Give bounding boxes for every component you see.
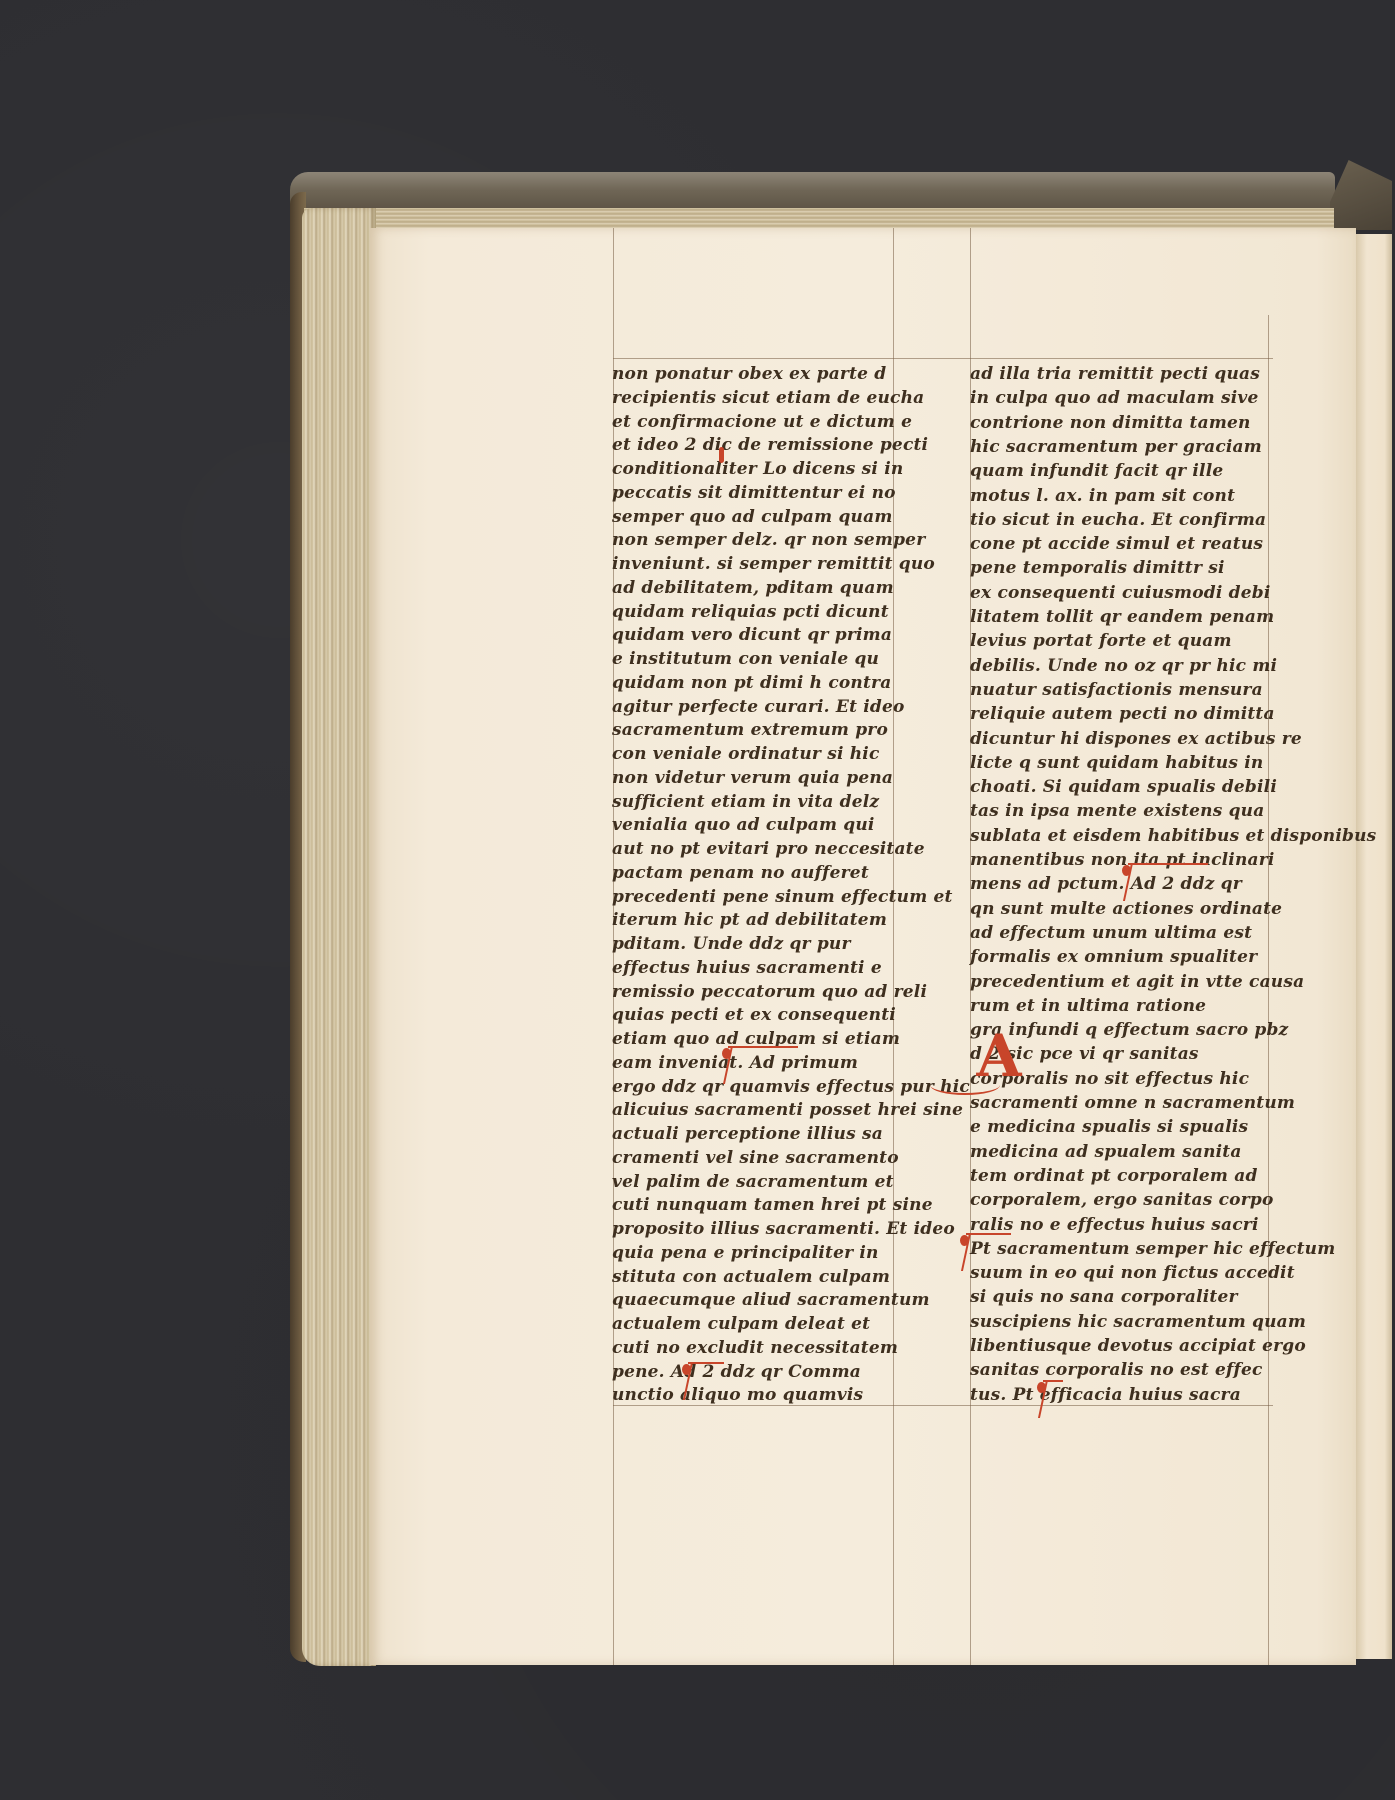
initial-flourish [930, 1075, 1000, 1095]
pilcrow-icon [1037, 1380, 1047, 1418]
page-stack-top [304, 208, 1334, 230]
book-cover-top-edge [290, 172, 1335, 212]
ruling-top [613, 358, 1273, 359]
facing-page-strip [1356, 234, 1392, 1659]
pilcrow-icon [722, 1046, 732, 1084]
pilcrow-icon [1122, 863, 1132, 901]
page-stack-fore-edge [302, 208, 376, 1666]
manuscript-line: tus. Pt efficacia huius sacra [970, 1381, 1241, 1409]
pilcrow-icon [960, 1233, 970, 1271]
pilcrow-icon [682, 1362, 692, 1400]
manuscript-line: unctio aliquo mo quamvis [612, 1381, 863, 1409]
red-stroke-mark [719, 447, 724, 463]
